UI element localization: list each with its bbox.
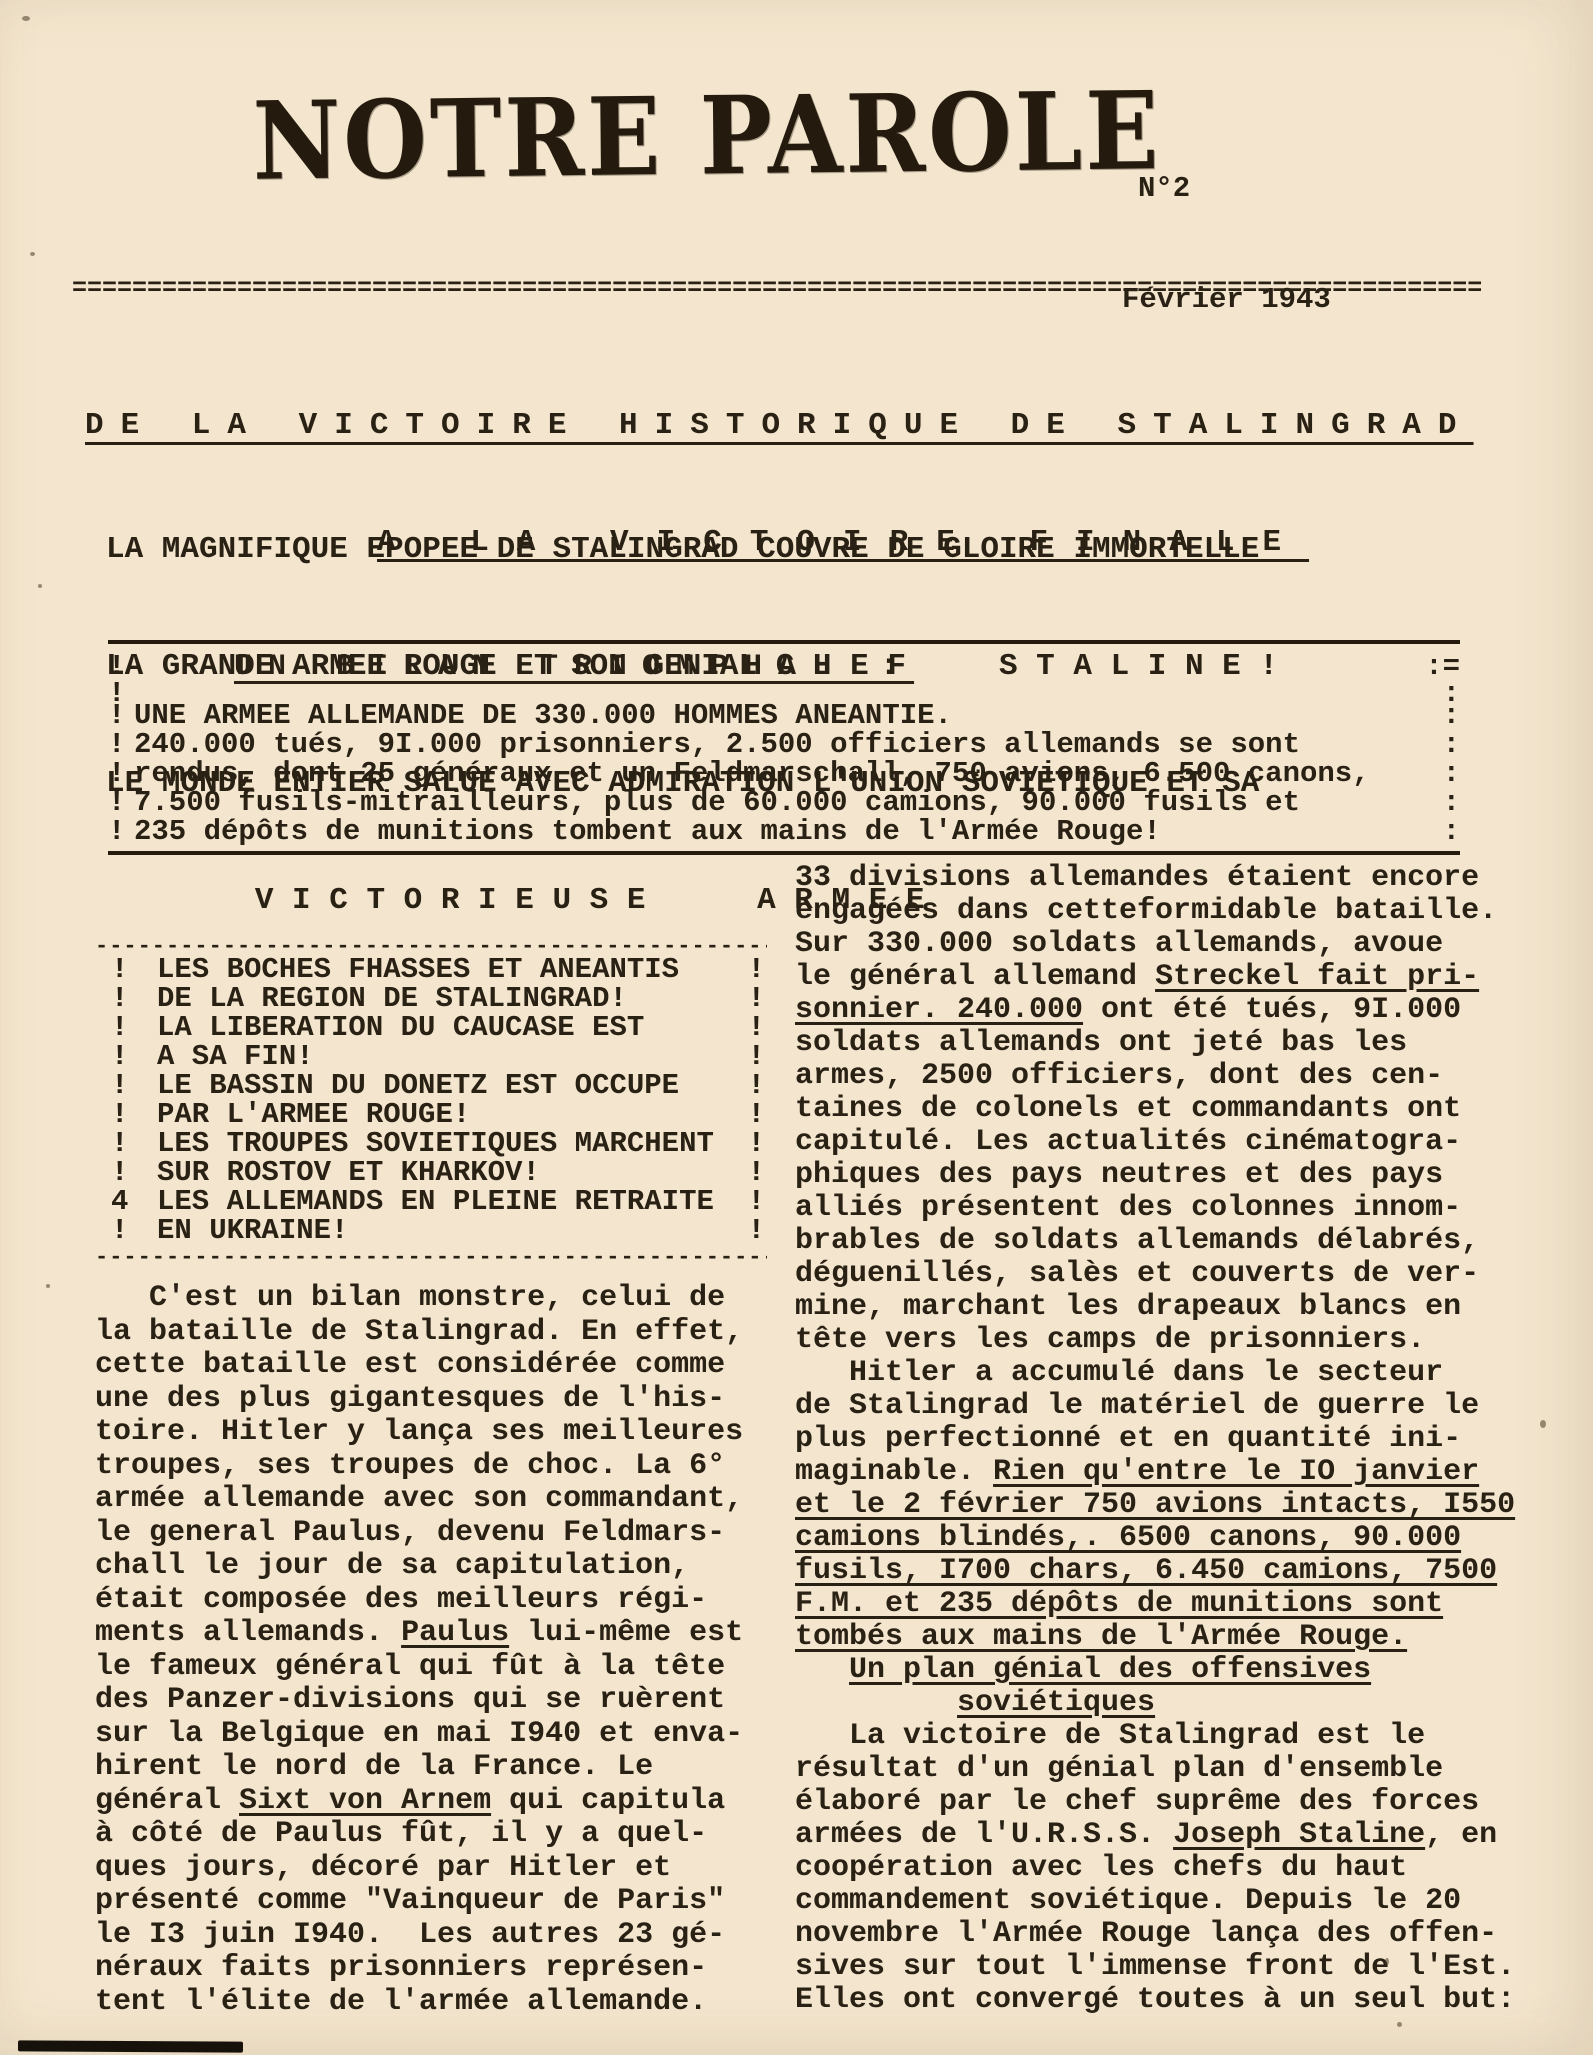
underlined-text: Paulus — [401, 1616, 509, 1650]
box-row-text: 240.000 tués, 9I.000 prisonniers, 2.500 … — [134, 730, 1300, 759]
box-border-left: ! — [111, 1100, 133, 1129]
text-segment: était composée des meilleurs régi- — [95, 1583, 707, 1617]
box-border-left: ! — [111, 984, 133, 1013]
text-line: taines de colonels et commandants ont — [795, 1093, 1575, 1126]
text-line: F.M. et 235 dépôts de munitions sont — [795, 1588, 1575, 1621]
box-border-left: ! — [111, 1158, 133, 1187]
box-border-right: ! — [748, 984, 765, 1013]
text-segment — [795, 1653, 849, 1687]
text-line: maginable. Rien qu'entre le IO janvier — [795, 1456, 1575, 1489]
text-line: le fameux général qui fût à la tête — [95, 1651, 785, 1685]
headlines-box-body: !LES BOCHES FHASSES ET ANEANTIS!!DE LA R… — [95, 955, 767, 1245]
text-segment: brables de soldats allemands délabrés, — [795, 1224, 1479, 1258]
text-segment: coopération avec les chefs du haut — [795, 1851, 1407, 1885]
dashed-border-bottom: ----------------------------------------… — [95, 1249, 767, 1266]
box-border-right: ! — [748, 1071, 765, 1100]
text-line: de Stalingrad le matériel de guerre le — [795, 1390, 1575, 1423]
bilan-title-row: ! UN BILAN TRIOMPHAL : := — [108, 647, 1460, 687]
box-border-left: 4 — [111, 1187, 133, 1216]
text-line: alliés présentent des colonnes innom- — [795, 1192, 1575, 1225]
box-row-text: EN UKRAINE! — [133, 1216, 348, 1245]
underlined-text: Un plan génial des offensives — [849, 1653, 1371, 1687]
box-row: !7.500 fusils-mitrailleurs, plus de 60.0… — [108, 788, 1460, 817]
text-segment: la bataille de Stalingrad. En effet, — [95, 1315, 743, 1349]
ink-smudge — [18, 2040, 243, 2052]
lead-line: LA MAGNIFIQUE EPOPEE DE STALINGRAD COUVR… — [106, 530, 1278, 569]
box-row: !UNE ARMEE ALLEMANDE DE 330.000 HOMMES A… — [108, 701, 1460, 730]
text-line: tent l'élite de l'armée allemande. — [95, 1986, 785, 2020]
text-segment: phiques des pays neutres et des pays — [795, 1158, 1443, 1192]
box-row: !DE LA REGION DE STALINGRAD!! — [95, 984, 767, 1013]
newspaper-page: NOTRE PAROLE N°2 Février 1943 ==========… — [0, 0, 1593, 2055]
text-segment: le I3 juin I940. Les autres 23 gé- — [95, 1918, 725, 1952]
text-segment: La victoire de Stalingrad est le — [795, 1719, 1425, 1753]
text-segment: maginable. — [795, 1455, 993, 1489]
right-column-text: 33 divisions allemandes étaient encoreen… — [795, 862, 1575, 2017]
text-line: armée allemande avec son commandant, — [95, 1483, 785, 1517]
text-line: 33 divisions allemandes étaient encore — [795, 862, 1575, 895]
box-row-text: A SA FIN! — [133, 1042, 314, 1071]
underlined-text: Rien qu'entre le IO janvier — [993, 1455, 1479, 1489]
box-row: !SUR ROSTOV ET KHARKOV!! — [95, 1158, 767, 1187]
underlined-text: et le 2 février 750 avions intacts, I550 — [795, 1488, 1515, 1522]
text-line: sonnier. 240.000 ont été tués, 9I.000 — [795, 994, 1575, 1027]
text-line: tombés aux mains de l'Armée Rouge. — [795, 1621, 1575, 1654]
text-segment: chall le jour de sa capitulation, — [95, 1549, 689, 1583]
box-row-text: LES BOCHES FHASSES ET ANEANTIS — [133, 955, 679, 984]
masthead-title: NOTRE PAROLE — [252, 67, 1162, 204]
text-line: chall le jour de sa capitulation, — [95, 1550, 785, 1584]
text-segment: toire. Hitler y lança ses meilleures — [95, 1415, 743, 1449]
text-line: et le 2 février 750 avions intacts, I550 — [795, 1489, 1575, 1522]
box-row: !LA LIBERATION DU CAUCASE EST! — [95, 1013, 767, 1042]
underlined-text: F.M. et 235 dépôts de munitions sont — [795, 1587, 1443, 1621]
underlined-text: sonnier. 240.000 — [795, 993, 1083, 1027]
box-row-text: 235 dépôts de munitions tombent aux main… — [134, 817, 1161, 846]
text-segment: résultat d'un génial plan d'ensemble — [795, 1752, 1443, 1786]
text-segment: novembre l'Armée Rouge lança des offen- — [795, 1917, 1497, 1951]
text-segment: Sur 330.000 soldats allemands, avoue — [795, 927, 1443, 961]
text-segment: tête vers les camps de prisonniers. — [795, 1323, 1425, 1357]
text-line: fusils, I700 chars, 6.450 camions, 7500 — [795, 1555, 1575, 1588]
text-segment: ques jours, décoré par Hitler et — [95, 1851, 671, 1885]
text-segment: C'est un bilan monstre, celui de — [95, 1281, 725, 1315]
text-line: engagées dans cetteformidable bataille. — [795, 895, 1575, 928]
box-border-right: ! — [748, 1100, 765, 1129]
text-segment: taines de colonels et commandants ont — [795, 1092, 1461, 1126]
text-segment: Hitler a accumulé dans le secteur — [795, 1356, 1443, 1390]
right-column: 33 divisions allemandes étaient encoreen… — [795, 862, 1575, 2017]
text-segment: , en — [1425, 1818, 1497, 1852]
text-segment: cette bataille est considérée comme — [95, 1348, 725, 1382]
text-segment: sives sur tout l'immense front de l'Est. — [795, 1950, 1515, 1984]
underlined-text: tombés aux mains de l'Armée Rouge. — [795, 1620, 1407, 1654]
text-line: toire. Hitler y lança ses meilleures — [95, 1416, 785, 1450]
left-column: ----------------------------------------… — [95, 938, 785, 2019]
text-line: néraux faits prisonniers représen- — [95, 1952, 785, 1986]
text-line: général Sixt von Arnem qui capitula — [95, 1785, 785, 1819]
box-row-text: LES ALLEMANDS EN PLEINE RETRAITE — [133, 1187, 714, 1216]
underlined-text: Streckel fait pri- — [1155, 960, 1479, 994]
box-row: !240.000 tués, 9I.000 prisonniers, 2.500… — [108, 730, 1460, 759]
text-line: commandement soviétique. Depuis le 20 — [795, 1885, 1575, 1918]
text-segment: une des plus gigantesques de l'his- — [95, 1382, 725, 1416]
text-segment: alliés présentent des colonnes innom- — [795, 1191, 1461, 1225]
headlines-box: ----------------------------------------… — [95, 938, 767, 1266]
box-border-right: ! — [748, 1129, 765, 1158]
text-line: la bataille de Stalingrad. En effet, — [95, 1316, 785, 1350]
text-line: hirent le nord de la France. Le — [95, 1751, 785, 1785]
bilan-title: UN BILAN TRIOMPHAL : — [234, 647, 914, 687]
underlined-text: camions blindés,. 6500 canons, 90.000 — [795, 1521, 1461, 1555]
box-row-text: LE BASSIN DU DONETZ EST OCCUPE — [133, 1071, 679, 1100]
box-border-left: ! — [111, 1071, 133, 1100]
box-row: 4LES ALLEMANDS EN PLEINE RETRAITE! — [95, 1187, 767, 1216]
separator-line: ========================================… — [72, 274, 1522, 303]
underlined-text: fusils, I700 chars, 6.450 camions, 7500 — [795, 1554, 1497, 1588]
paper-speck — [22, 16, 30, 21]
issue-number: N°2 — [1122, 170, 1331, 207]
text-line: déguenillés, salès et couverts de ver- — [795, 1258, 1575, 1291]
text-segment: général — [95, 1784, 239, 1818]
underlined-text: Sixt von Arnem — [239, 1784, 491, 1818]
box-border-right: ! — [748, 1013, 765, 1042]
box-row-text: rendus, dont 25 généraux et un Feldmarsc… — [134, 759, 1370, 788]
paper-speck — [38, 584, 42, 588]
box-border-right: : — [1443, 701, 1460, 730]
box-row: !235 dépôts de munitions tombent aux mai… — [108, 817, 1460, 846]
text-line: Sur 330.000 soldats allemands, avoue — [795, 928, 1575, 961]
text-segment: 33 divisions allemandes étaient encore — [795, 861, 1479, 895]
box-border-left: ! — [111, 1042, 133, 1071]
text-line: présenté comme "Vainqueur de Paris" — [95, 1885, 785, 1919]
box-row-text: SUR ROSTOV ET KHARKOV! — [133, 1158, 540, 1187]
text-line: sur la Belgique en mai I940 et enva- — [95, 1718, 785, 1752]
text-line: Un plan génial des offensives — [795, 1654, 1575, 1687]
left-column-text: C'est un bilan monstre, celui dela batai… — [95, 1282, 785, 2019]
text-segment: ments allemands. — [95, 1616, 401, 1650]
text-segment: troupes, ses troupes de choc. La 6° — [95, 1449, 725, 1483]
box-border-right: : — [1443, 759, 1460, 788]
box-border-left: ! — [108, 788, 134, 817]
text-line: C'est un bilan monstre, celui de — [95, 1282, 785, 1316]
text-line: novembre l'Armée Rouge lança des offen- — [795, 1918, 1575, 1951]
box-border-left: ! — [108, 759, 134, 788]
underlined-text: Joseph Staline — [1173, 1818, 1425, 1852]
text-segment — [795, 1686, 957, 1720]
text-line: cette bataille est considérée comme — [95, 1349, 785, 1383]
text-segment: de Stalingrad le matériel de guerre le — [795, 1389, 1479, 1423]
text-line: Elles ont convergé toutes à un seul but: — [795, 1984, 1575, 2017]
text-segment: tent l'élite de l'armée allemande. — [95, 1985, 707, 2019]
box-row: !LES BOCHES FHASSES ET ANEANTIS! — [95, 955, 767, 984]
underlined-text: soviétiques — [957, 1686, 1155, 1720]
text-line: était composée des meilleurs régi- — [95, 1584, 785, 1618]
text-segment: lui-même est — [509, 1616, 743, 1650]
box-border-right: : — [1443, 730, 1460, 759]
text-segment: commandement soviétique. Depuis le 20 — [795, 1884, 1461, 1918]
text-line: brables de soldats allemands délabrés, — [795, 1225, 1575, 1258]
text-segment: qui capitula — [491, 1784, 725, 1818]
box-row: !LES TROUPES SOVIETIQUES MARCHENT! — [95, 1129, 767, 1158]
text-segment: engagées dans cetteformidable bataille. — [795, 894, 1497, 928]
text-segment: à côté de Paulus fût, il y a quel- — [95, 1817, 707, 1851]
box-border-right: ! — [748, 955, 765, 984]
text-segment: armées de l'U.R.S.S. — [795, 1818, 1173, 1852]
box-row-text: LA LIBERATION DU CAUCASE EST — [133, 1013, 644, 1042]
box-row: !EN UKRAINE!! — [95, 1216, 767, 1245]
paper-speck — [30, 252, 35, 256]
box-row-text: PAR L'ARMEE ROUGE! — [133, 1100, 470, 1129]
box-border-left: ! — [111, 1129, 133, 1158]
bilan-box: ! UN BILAN TRIOMPHAL : := ! :!UNE ARMEE … — [108, 640, 1460, 855]
box-row-text: UNE ARMEE ALLEMANDE DE 330.000 HOMMES AN… — [134, 701, 952, 730]
box-border-left: ! — [108, 730, 134, 759]
headline-line-1: DE LA VICTOIRE HISTORIQUE DE STALINGRAD — [85, 408, 1515, 443]
box-border-right: ! — [748, 1187, 765, 1216]
text-line: soviétiques — [795, 1687, 1575, 1720]
text-line: coopération avec les chefs du haut — [795, 1852, 1575, 1885]
text-segment: capitulé. Les actualités cinématogra- — [795, 1125, 1461, 1159]
text-line: sives sur tout l'immense front de l'Est. — [795, 1951, 1575, 1984]
text-segment: soldats allemands ont jeté bas les — [795, 1026, 1407, 1060]
text-line: le I3 juin I940. Les autres 23 gé- — [95, 1919, 785, 1953]
box-border-right: : — [1443, 788, 1460, 817]
box-border-left: ! — [111, 1013, 133, 1042]
text-line: plus perfectionné et en quantité ini- — [795, 1423, 1575, 1456]
text-line: armées de l'U.R.S.S. Joseph Staline, en — [795, 1819, 1575, 1852]
text-line: Hitler a accumulé dans le secteur — [795, 1357, 1575, 1390]
paper-speck — [1385, 1958, 1389, 1965]
text-line: élaboré par le chef suprême des forces — [795, 1786, 1575, 1819]
text-line: résultat d'un génial plan d'ensemble — [795, 1753, 1575, 1786]
box-row: !LE BASSIN DU DONETZ EST OCCUPE! — [95, 1071, 767, 1100]
box-row-text: 7.500 fusils-mitrailleurs, plus de 60.00… — [134, 788, 1300, 817]
text-line: une des plus gigantesques de l'his- — [95, 1383, 785, 1417]
box-row: !rendus, dont 25 généraux et un Feldmars… — [108, 759, 1460, 788]
box-border-left: ! — [111, 955, 133, 984]
text-line: des Panzer-divisions qui se ruèrent — [95, 1684, 785, 1718]
text-segment: présenté comme "Vainqueur de Paris" — [95, 1884, 725, 1918]
text-segment: ont été tués, 9I.000 — [1083, 993, 1461, 1027]
text-segment: déguenillés, salès et couverts de ver- — [795, 1257, 1479, 1291]
text-segment: Elles ont convergé toutes à un seul but: — [795, 1983, 1515, 2017]
text-segment: le general Paulus, devenu Feldmars- — [95, 1516, 725, 1550]
text-line: La victoire de Stalingrad est le — [795, 1720, 1575, 1753]
text-line: tête vers les camps de prisonniers. — [795, 1324, 1575, 1357]
text-segment: des Panzer-divisions qui se ruèrent — [95, 1683, 725, 1717]
text-segment: plus perfectionné et en quantité ini- — [795, 1422, 1461, 1456]
text-segment: élaboré par le chef suprême des forces — [795, 1785, 1479, 1819]
text-line: camions blindés,. 6500 canons, 90.000 — [795, 1522, 1575, 1555]
text-line: le general Paulus, devenu Feldmars- — [95, 1517, 785, 1551]
text-segment: mine, marchant les drapeaux blancs en — [795, 1290, 1461, 1324]
text-segment: armée allemande avec son commandant, — [95, 1482, 743, 1516]
paper-speck — [1397, 2022, 1402, 2027]
text-line: le général allemand Streckel fait pri- — [795, 961, 1575, 994]
box-border-right: ! — [748, 1158, 765, 1187]
text-segment: néraux faits prisonniers représen- — [95, 1951, 707, 1985]
text-line: armes, 2500 officiers, dont des cen- — [795, 1060, 1575, 1093]
box-border-right: ! — [748, 1042, 765, 1071]
text-line: à côté de Paulus fût, il y a quel- — [95, 1818, 785, 1852]
box-border-left: ! — [108, 701, 134, 730]
text-line: soldats allemands ont jeté bas les — [795, 1027, 1575, 1060]
text-line: phiques des pays neutres et des pays — [795, 1159, 1575, 1192]
text-line: troupes, ses troupes de choc. La 6° — [95, 1450, 785, 1484]
bilan-lines: ! :!UNE ARMEE ALLEMANDE DE 330.000 HOMME… — [108, 687, 1460, 846]
text-segment: hirent le nord de la France. Le — [95, 1750, 653, 1784]
paper-speck — [46, 1284, 50, 1288]
box-border-left: ! — [111, 1216, 133, 1245]
text-line: capitulé. Les actualités cinématogra- — [795, 1126, 1575, 1159]
text-line: mine, marchant les drapeaux blancs en — [795, 1291, 1575, 1324]
box-border-right: : — [1443, 817, 1460, 846]
paper-speck — [1540, 1420, 1546, 1428]
box-row: !A SA FIN!! — [95, 1042, 767, 1071]
box-border-right: ! — [748, 1216, 765, 1245]
text-line: ques jours, décoré par Hitler et — [95, 1852, 785, 1886]
text-segment: le fameux général qui fût à la tête — [95, 1650, 725, 1684]
box-row-text: DE LA REGION DE STALINGRAD! — [133, 984, 627, 1013]
text-segment: sur la Belgique en mai I940 et enva- — [95, 1717, 743, 1751]
text-line: ments allemands. Paulus lui-même est — [95, 1617, 785, 1651]
text-segment: armes, 2500 officiers, dont des cen- — [795, 1059, 1443, 1093]
text-segment: le général allemand — [795, 960, 1155, 994]
box-row: !PAR L'ARMEE ROUGE!! — [95, 1100, 767, 1129]
box-border-left: ! — [108, 817, 134, 846]
box-row-text: LES TROUPES SOVIETIQUES MARCHENT — [133, 1129, 714, 1158]
